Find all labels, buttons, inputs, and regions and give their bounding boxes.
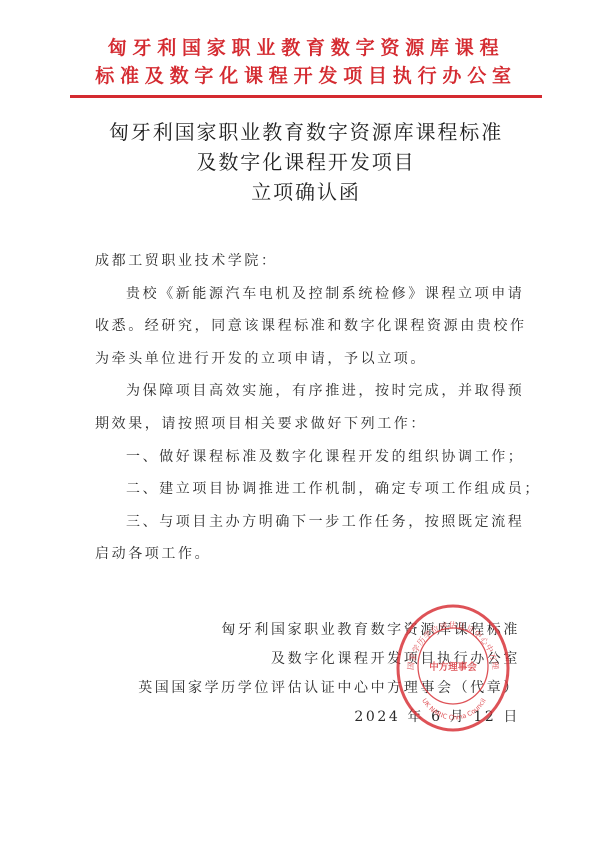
list-item-1: 一、做好课程标准及数字化课程开发的组织协调工作； [95, 441, 520, 474]
list-item-2: 二、建立项目协调推进工作机制，确定专项工作组成员； [95, 473, 520, 506]
svg-text:英国国家学历学位评估认证中心中方理事会: 英国国家学历学位评估认证中心中方理事会 [395, 602, 500, 671]
letter-body: 成都工贸职业技术学院： 贵校《新能源汽车电机及控制系统检修》课程立项申请 收悉。… [95, 245, 520, 571]
paragraph-line: 一、做好课程标准及数字化课程开发的组织协调工作； [95, 441, 520, 474]
paragraph-line: 收悉。经研究，同意该课程标准和数字化课程资源由贵校作 [95, 310, 520, 343]
letterhead-line-2: 标准及数字化课程开发项目执行办公室 [70, 62, 542, 90]
document-title: 匈牙利国家职业教育数字资源库课程标准 及数字化课程开发项目 立项确认函 [60, 117, 552, 207]
title-line-1: 匈牙利国家职业教育数字资源库课程标准 [60, 117, 552, 147]
list-item-3: 三、与项目主办方明确下一步工作任务，按照既定流程 启动各项工作。 [95, 506, 520, 571]
svg-text:中方理事会: 中方理事会 [429, 661, 477, 673]
official-seal-icon: 英国国家学历学位评估认证中心中方理事会 中方理事会 UK NARIC China… [395, 602, 511, 734]
svg-text:UK NARIC China Council: UK NARIC China Council [420, 697, 488, 722]
letterhead-line-1: 匈牙利国家职业教育数字资源库课程 [70, 34, 542, 62]
paragraph-line: 贵校《新能源汽车电机及控制系统检修》课程立项申请 [95, 278, 520, 311]
title-line-3: 立项确认函 [60, 177, 552, 207]
paragraph-approval: 贵校《新能源汽车电机及控制系统检修》课程立项申请 收悉。经研究，同意该课程标准和… [95, 278, 520, 376]
paragraph-line: 为保障项目高效实施，有序推进，按时完成，并取得预 [95, 375, 520, 408]
paragraph-line: 二、建立项目协调推进工作机制，确定专项工作组成员； [95, 473, 520, 506]
paragraph-line: 期效果，请按照项目相关要求做好下列工作： [95, 408, 520, 441]
salutation: 成都工贸职业技术学院： [95, 245, 520, 278]
title-line-2: 及数字化课程开发项目 [60, 147, 552, 177]
paragraph-line: 为牵头单位进行开发的立项申请，予以立项。 [95, 343, 520, 376]
letterhead-divider [70, 95, 542, 98]
paragraph-line: 启动各项工作。 [95, 538, 520, 571]
letterhead: 匈牙利国家职业教育数字资源库课程 标准及数字化课程开发项目执行办公室 [70, 34, 542, 90]
paragraph-requirements: 为保障项目高效实施，有序推进，按时完成，并取得预 期效果，请按照项目相关要求做好… [95, 375, 520, 440]
paragraph-line: 三、与项目主办方明确下一步工作任务，按照既定流程 [95, 506, 520, 539]
